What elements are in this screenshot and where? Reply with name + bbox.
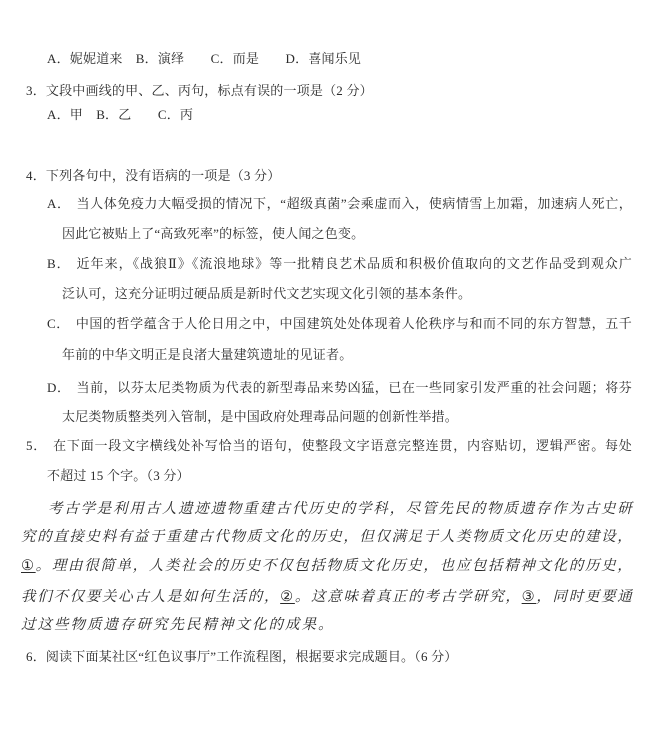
option-b-text: 近年来，《战狼Ⅱ》《流浪地球》等一批精良艺术品质和积极价值取向的文艺作品受到观众… [77, 256, 632, 271]
question-5-stem: 在下面一段文字横线处补写恰当的语句，使整段文字语意完整连贯，内容贴切，逻辑严密。… [53, 438, 632, 453]
passage-line5: 过这些物质遗存研究先民精神文化的成果。 [21, 617, 335, 634]
passage-blank-3: ③ [522, 589, 537, 605]
question-6-stem-line: 6．阅读下面某社区“红色议事厅”工作流程图，根据要求完成题目。（6 分） [26, 649, 458, 665]
question-4-option-c-line2: 年前的中华文明正是良渚大量建筑遗址的见证者。 [62, 347, 352, 363]
question-3-options-row: A．甲 B．乙 C．丙 [47, 107, 193, 123]
question-4-option-a-line2: 因此它被贴上了“高致死率”的标签，使人闻之色变。 [62, 226, 364, 242]
question-6-number: 6． [26, 649, 46, 664]
question-3-stem: 文段中画线的甲、乙、丙句，标点有误的一项是（2 分） [46, 83, 373, 98]
passage-line4-pre: 我们不仅要关心古人是如何生活的， [21, 589, 280, 605]
passage-blank-1: ① [21, 558, 36, 574]
option-b-label: B． [47, 256, 77, 271]
option-c-label: C． [47, 316, 76, 331]
question-6-stem: 阅读下面某社区“红色议事厅”工作流程图，根据要求完成题目。（6 分） [46, 649, 458, 664]
passage-line3: ①。理由很简单，人类社会的历史不仅包括物质文化历史，也应包括精神文化的历史， [21, 558, 632, 575]
question-4-number: 4． [26, 168, 46, 183]
option-a-label: A． [47, 196, 77, 211]
option-c-text: 中国的哲学蕴含于人伦日用之中，中国建筑处处体现着人伦秩序与和而不同的东方智慧，五… [76, 316, 632, 331]
question-4-option-a-line1: A．当人体免疫力大幅受损的情况下，“超级真菌”会乘虚而入，使病情雪上加霜，加速病… [47, 196, 632, 212]
option-d-text: 当前，以芬太尼类物质为代表的新型毒品来势凶猛，已在一些同家引发严重的社会问题；将… [77, 380, 633, 395]
question-4-stem: 下列各句中，没有语病的一项是（3 分） [46, 168, 281, 183]
question-4-option-b-line2: 泛认可，这充分证明过硬品质是新时代文艺实现文化引领的基本条件。 [62, 286, 471, 302]
passage-blank-2: ② [280, 589, 295, 605]
question-4-option-b-line1: B．近年来，《战狼Ⅱ》《流浪地球》等一批精良艺术品质和积极价值取向的文艺作品受到… [47, 256, 632, 272]
question-5-stem-line2: 不超过 15 个字。（3 分） [47, 468, 190, 484]
question-4-option-c-line1: C．中国的哲学蕴含于人伦日用之中，中国建筑处处体现着人伦秩序与和而不同的东方智慧… [47, 316, 632, 332]
option-a-text: 当人体免疫力大幅受损的情况下，“超级真菌”会乘虚而入，使病情雪上加霜，加速病人死… [77, 196, 632, 211]
question-3-stem-line: 3．文段中画线的甲、乙、丙句，标点有误的一项是（2 分） [26, 83, 373, 99]
question-2-options-row: A．妮妮道来 B．演绎 C．而是 D．喜闻乐见 [47, 51, 361, 67]
passage-line2: 究的直接史料有益于重建古代物质文化的历史，但仅满足于人类物质文化历史的建设， [21, 529, 632, 546]
passage-line1: 考古学是利用古人遗迹遗物重建古代历史的学科，尽管先民的物质遗存作为古史研 [21, 501, 632, 518]
passage-line3-text: 。理由很简单，人类社会的历史不仅包括物质文化历史，也应包括精神文化的历史， [36, 558, 632, 574]
question-4-stem-line: 4．下列各句中，没有语病的一项是（3 分） [26, 168, 280, 184]
question-5-stem-line1: 5．在下面一段文字横线处补写恰当的语句，使整段文字语意完整连贯，内容贴切，逻辑严… [26, 438, 632, 454]
question-3-number: 3． [26, 83, 46, 98]
question-5-number: 5． [26, 438, 53, 453]
question-4-option-d-line1: D．当前，以芬太尼类物质为代表的新型毒品来势凶猛，已在一些同家引发严重的社会问题… [47, 380, 632, 396]
option-d-label: D． [47, 380, 77, 395]
passage-line4-post: ，同时更要通 [536, 589, 632, 605]
question-4-option-d-line2: 太尼类物质整类列入管制，是中国政府处理毒品问题的创新性举措。 [62, 409, 458, 425]
exam-paper-page: A．妮妮道来 B．演绎 C．而是 D．喜闻乐见 3．文段中画线的甲、乙、丙句，标… [0, 0, 650, 756]
passage-line4-mid: 。这意味着真正的考古学研究， [295, 589, 522, 605]
passage-line4: 我们不仅要关心古人是如何生活的，②。这意味着真正的考古学研究，③，同时更要通 [21, 589, 632, 606]
